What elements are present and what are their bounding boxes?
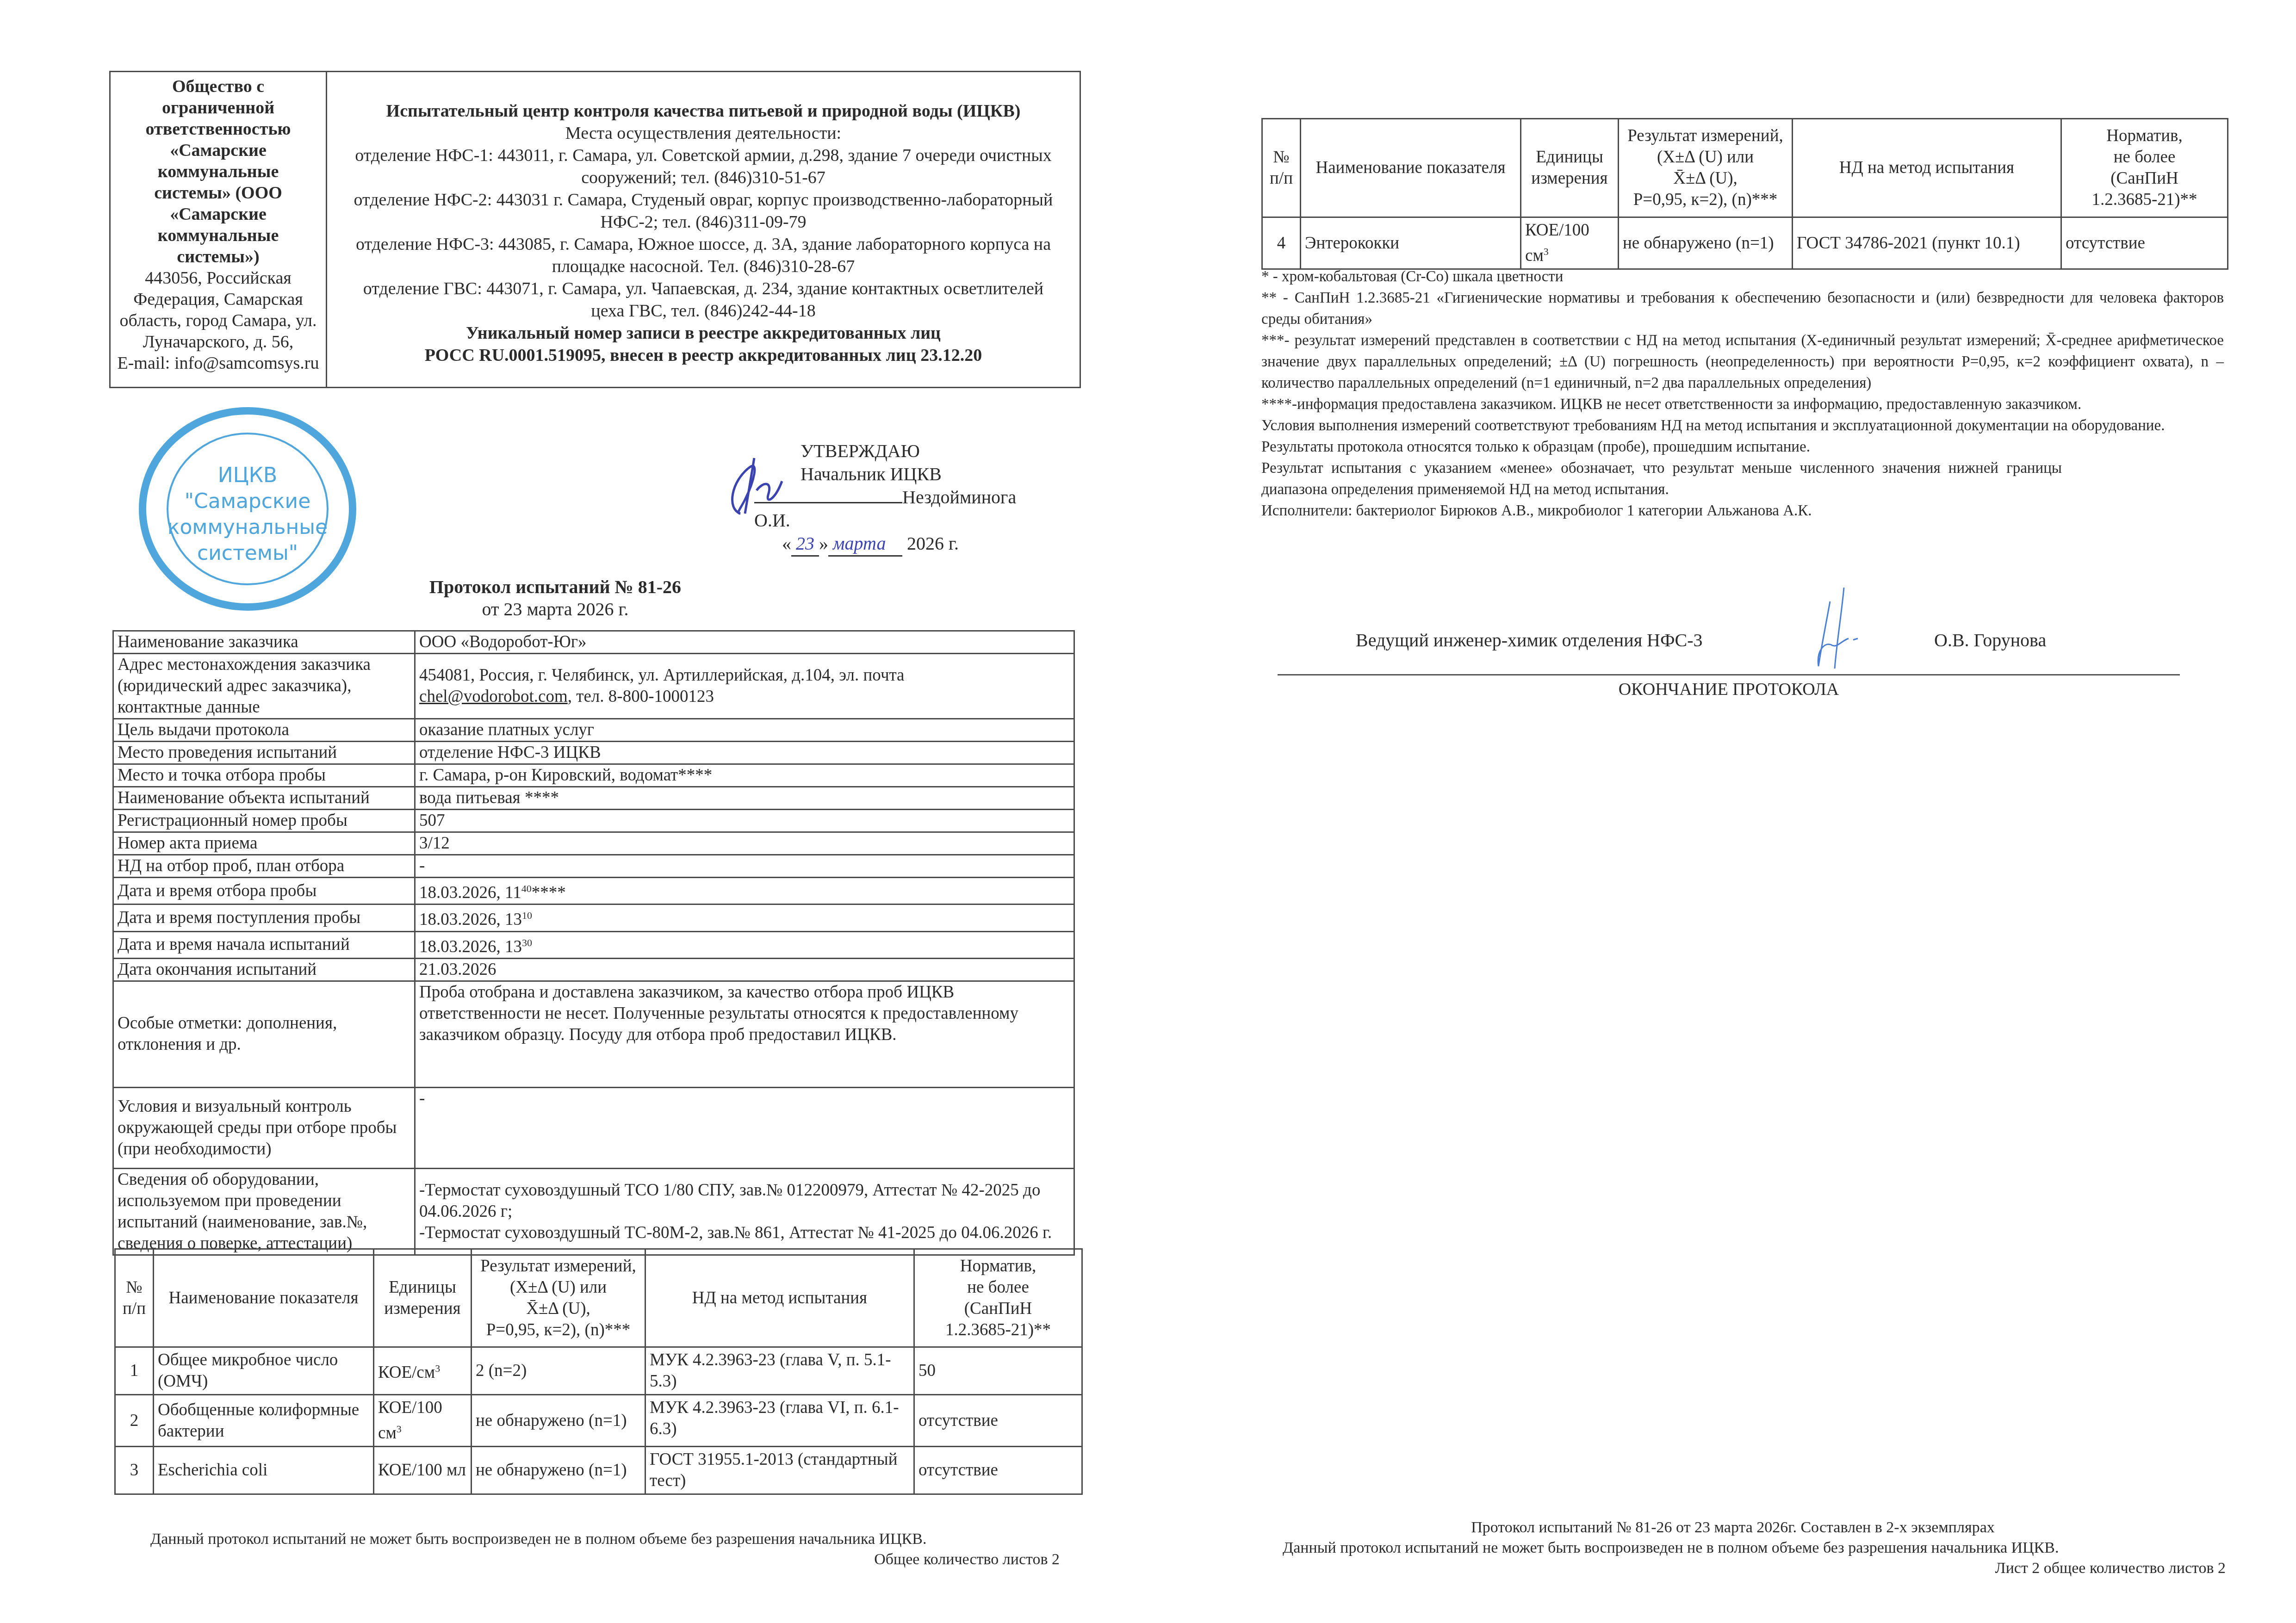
units-text: КОЕ/100 мл	[378, 1461, 466, 1480]
table-row: Особые отметки: дополнения, отклонения и…	[113, 981, 1074, 1087]
table-row: Дата и время отбора пробы18.03.2026, 114…	[113, 878, 1074, 904]
org-info: Общество с ограниченной ответственностью…	[111, 72, 327, 387]
info-value: 21.03.2026	[415, 958, 1074, 981]
table-row: 2 Обобщенные колиформные бактерии КОЕ/10…	[115, 1395, 1082, 1447]
table-row: Наименование объекта испытанийвода питье…	[113, 787, 1074, 810]
org-address-line: Луначарского, д. 56,	[111, 331, 326, 353]
table-row: Место проведения испытанийотделение НФС-…	[113, 742, 1074, 764]
col-num-header: № п/п	[115, 1249, 154, 1347]
note: Результат испытания с указанием «менее» …	[1261, 458, 2224, 500]
table-row: Номер акта приема3/12	[113, 832, 1074, 855]
approval-title: УТВЕРЖДАЮ	[754, 440, 1032, 463]
col-method-header: НД на метод испытания	[1793, 119, 2061, 217]
header-line: Норматив,	[2064, 125, 2225, 147]
info-value: ООО «Водоробот-Юг»	[415, 631, 1074, 654]
table-row: Условия и визуальный контроль окружающей…	[113, 1087, 1074, 1168]
result-value: не обнаружено (n=1)	[472, 1447, 645, 1494]
col-norm-header: Норматив, не более (СанПиН 1.2.3685-21)*…	[2061, 119, 2228, 217]
table-row: 1 Общее микробное число (ОМЧ) КОЕ/см3 2 …	[115, 1347, 1082, 1395]
info-value: 454081, Россия, г. Челябинск, ул. Артилл…	[415, 654, 1074, 719]
info-label: НД на отбор проб, план отбора	[113, 855, 415, 878]
units: КОЕ/100 мл	[374, 1447, 472, 1494]
info-label: Условия и визуальный контроль окружающей…	[113, 1087, 415, 1168]
info-value: оказание платных услуг	[415, 719, 1074, 742]
org-name-line: «Самарские	[111, 204, 326, 225]
result-value: 2 (n=2)	[472, 1347, 645, 1395]
header-line: (X±Δ (U) или	[474, 1277, 643, 1298]
protocol-heading: Протокол испытаний № 81-26 от 23 марта 2…	[324, 576, 787, 620]
performers: Исполнители: бактериолог Бирюков А.В., м…	[1261, 500, 2224, 521]
protocol-title: Протокол испытаний № 81-26	[324, 576, 787, 598]
info-label: Адрес местонахождения заказчика (юридиче…	[113, 654, 415, 719]
units-exp: 3	[435, 1363, 440, 1374]
info-label: Дата и время поступления пробы	[113, 904, 415, 931]
minutes: 30	[522, 937, 532, 948]
info-value: 18.03.2026, 1140****	[415, 878, 1074, 904]
engineer-signature-icon	[1805, 585, 1865, 669]
header-line: 1.2.3685-21)**	[917, 1319, 1080, 1341]
row-num: 2	[115, 1395, 154, 1447]
info-value: г. Самара, р-он Кировский, водомат****	[415, 764, 1074, 787]
row-num: 4	[1262, 217, 1301, 269]
info-label: Место и точка отбора пробы	[113, 764, 415, 787]
org-name-line: Общество с	[111, 76, 326, 97]
approval-block: УТВЕРЖДАЮ Начальник ИЦКВ Нездойминога О.…	[754, 440, 1032, 557]
table-row: Дата и время поступления пробы18.03.2026…	[113, 904, 1074, 931]
info-value: отделение НФС-3 ИЦКВ	[415, 742, 1074, 764]
stamp-text: ИЦКВ	[139, 463, 356, 489]
info-value: 3/12	[415, 832, 1074, 855]
location-gvs: отделение ГВС: 443071, г. Самара, ул. Ча…	[327, 278, 1080, 322]
date-quote: «	[782, 533, 791, 554]
header-line: не более	[2064, 147, 2225, 168]
page2-footer: Протокол испытаний № 81-26 от 23 марта 2…	[1277, 1518, 2244, 1579]
header-line: X̄±Δ (U),	[1621, 168, 1790, 189]
info-label: Наименование заказчика	[113, 631, 415, 654]
equipment-item: -Термостат суховоздушный ТС-80М-2, зав.№…	[419, 1222, 1070, 1244]
minutes: 40	[521, 883, 532, 894]
divider	[1278, 674, 2180, 675]
table-row: Наименование заказчикаООО «Водоробот-Юг»	[113, 631, 1074, 654]
table-row: Дата окончания испытаний21.03.2026	[113, 958, 1074, 981]
footnotes: * - хром-кобальтовая (Cr-Co) шкала цветн…	[1261, 266, 2224, 521]
protocol-reference: Протокол испытаний № 81-26 от 23 марта 2…	[1277, 1518, 2244, 1538]
units-exp: 3	[1544, 246, 1549, 257]
footnote: ***- результат измерений представлен в с…	[1261, 330, 2224, 394]
table-row: Сведения об оборудовании, используемом п…	[113, 1168, 1074, 1255]
org-name-line: ответственностью	[111, 118, 326, 140]
org-name-line: системы»)	[111, 246, 326, 267]
protocol-date: от 23 марта 2026 г.	[324, 598, 787, 620]
table-row: 3 Escherichia coli КОЕ/100 мл не обнаруж…	[115, 1447, 1082, 1494]
approval-name: Нездойминога О.И.	[754, 487, 1016, 531]
sheet-count: Лист 2 общее количество листов 2	[1277, 1558, 2244, 1579]
units: КОЕ/100 см3	[374, 1395, 472, 1447]
location-nfs3: отделение НФС-3: 443085, г. Самара, Южно…	[327, 233, 1080, 278]
header-line: 1.2.3685-21)**	[2064, 189, 2225, 211]
approval-day: 23	[791, 532, 819, 557]
header-line: P=0,95, к=2), (n)***	[1621, 189, 1790, 211]
approval-position: Начальник ИЦКВ	[754, 463, 1032, 486]
lab-title: Испытательный центр контроля качества пи…	[327, 100, 1080, 122]
org-name-line: «Самарские	[111, 140, 326, 161]
equipment-item: -Термостат суховоздушный ТСО 1/80 СПУ, з…	[419, 1180, 1070, 1222]
results-table: № п/п Наименование показателя Единицы из…	[114, 1248, 1083, 1495]
reproduction-disclaimer: Данный протокол испытаний не может быть …	[1277, 1538, 2244, 1558]
header-line: Результат измерений,	[1621, 125, 1790, 147]
org-name-line: коммунальные	[111, 225, 326, 246]
page1-footer: Данный протокол испытаний не может быть …	[116, 1529, 1087, 1570]
units-text: КОЕ/100 см	[1525, 221, 1589, 265]
sheet-count: Общее количество листов 2	[116, 1549, 1087, 1570]
info-label: Цель выдачи протокола	[113, 719, 415, 742]
info-label: Место проведения испытаний	[113, 742, 415, 764]
info-label: Сведения об оборудовании, используемом п…	[113, 1168, 415, 1255]
norm-value: отсутствие	[2061, 217, 2228, 269]
table-row: НД на отбор проб, план отбора-	[113, 855, 1074, 878]
info-label: Дата окончания испытаний	[113, 958, 415, 981]
table-row: Регистрационный номер пробы507	[113, 810, 1074, 832]
col-result-header: Результат измерений, (X±Δ (U) или X̄±Δ (…	[472, 1249, 645, 1347]
info-value: Проба отобрана и доставлена заказчиком, …	[415, 981, 1074, 1087]
info-value: 18.03.2026, 1310	[415, 904, 1074, 931]
stamp-text: системы"	[139, 540, 356, 566]
header-line: не более	[917, 1277, 1080, 1298]
table-row: Адрес местонахождения заказчика (юридиче…	[113, 654, 1074, 719]
table-row: Цель выдачи протоколаоказание платных ус…	[113, 719, 1074, 742]
header-line: P=0,95, к=2), (n)***	[474, 1319, 643, 1341]
col-name-header: Наименование показателя	[154, 1249, 374, 1347]
org-name-line: ограниченной	[111, 97, 326, 118]
indicator-name: Общее микробное число (ОМЧ)	[154, 1347, 374, 1395]
minutes: 10	[522, 910, 532, 921]
test-method: ГОСТ 34786-2021 (пункт 10.1)	[1793, 217, 2061, 269]
customer-email-link[interactable]: chel@vodorobot.com	[419, 687, 568, 706]
header-line: X̄±Δ (U),	[474, 1298, 643, 1319]
info-label: Номер акта приема	[113, 832, 415, 855]
org-email: E-mail: info@samcomsys.ru	[111, 353, 326, 374]
norm-value: отсутствие	[914, 1447, 1082, 1494]
datetime: 18.03.2026, 13	[419, 937, 522, 956]
datetime: 18.03.2026, 13	[419, 911, 522, 929]
result-value: не обнаружено (n=1)	[472, 1395, 645, 1447]
col-norm-header: Норматив, не более (СанПиН 1.2.3685-21)*…	[914, 1249, 1082, 1347]
units-text: КОЕ/см	[378, 1363, 435, 1382]
footnote-mark: ****	[532, 883, 566, 902]
end-of-protocol: ОКОНЧАНИЕ ПРОТОКОЛА	[1278, 679, 2180, 700]
info-value: -Термостат суховоздушный ТСО 1/80 СПУ, з…	[415, 1168, 1074, 1255]
indicator-name: Обобщенные колиформные бактерии	[154, 1395, 374, 1447]
table-row: Место и точка отбора пробыг. Самара, р-о…	[113, 764, 1074, 787]
date-quote: »	[819, 533, 828, 554]
col-units-header: Единицы измерения	[1521, 119, 1619, 217]
results-table-continued: № п/п Наименование показателя Единицы из…	[1261, 118, 2228, 270]
signer-position: Ведущий инженер-химик отделения НФС-3	[1356, 629, 1703, 651]
note: Условия выполнения измерений соответству…	[1261, 415, 2224, 436]
header-line: Норматив,	[917, 1256, 1080, 1277]
row-num: 1	[115, 1347, 154, 1395]
approval-month: марта	[828, 532, 902, 557]
org-address-line: Федерация, Самарская	[111, 289, 326, 310]
col-name-header: Наименование показателя	[1301, 119, 1521, 217]
signature-line	[754, 500, 902, 503]
header-line: (СанПиН	[2064, 168, 2225, 189]
header-line: (СанПиН	[917, 1298, 1080, 1319]
stamp-text: "Самарские	[139, 489, 356, 514]
units-exp: 3	[397, 1423, 402, 1435]
accreditation-number: РОСС RU.0001.519095, внесен в реестр акк…	[327, 344, 1080, 366]
table-header-row: № п/п Наименование показателя Единицы из…	[1262, 119, 2228, 217]
info-label: Регистрационный номер пробы	[113, 810, 415, 832]
info-label: Наименование объекта испытаний	[113, 787, 415, 810]
units: КОЕ/100 см3	[1521, 217, 1619, 269]
datetime: 18.03.2026, 11	[419, 883, 521, 902]
footnote: ** - СанПиН 1.2.3685-21 «Гигиенические н…	[1261, 287, 2224, 330]
units: КОЕ/см3	[374, 1347, 472, 1395]
location-nfs2: отделение НФС-2: 443031 г. Самара, Студе…	[327, 189, 1080, 233]
info-value: 507	[415, 810, 1074, 832]
info-value: -	[415, 1087, 1074, 1168]
org-address-line: область, город Самара, ул.	[111, 310, 326, 331]
row-num: 3	[115, 1447, 154, 1494]
locations-label: Места осуществления деятельности:	[327, 122, 1080, 144]
note: Результаты протокола относятся только к …	[1261, 436, 2224, 458]
norm-value: отсутствие	[914, 1395, 1082, 1447]
location-nfs1: отделение НФС-1: 443011, г. Самара, ул. …	[327, 144, 1080, 189]
approval-year: 2026 г.	[907, 533, 959, 554]
stamp-text: коммунальные	[139, 514, 356, 540]
accreditation-line: Уникальный номер записи в реестре аккред…	[327, 322, 1080, 344]
info-label: Дата и время отбора пробы	[113, 878, 415, 904]
col-num-header: № п/п	[1262, 119, 1301, 217]
col-units-header: Единицы измерения	[374, 1249, 472, 1347]
col-result-header: Результат измерений, (X±Δ (U) или X̄±Δ (…	[1619, 119, 1793, 217]
info-value: вода питьевая ****	[415, 787, 1074, 810]
info-value: 18.03.2026, 1330	[415, 931, 1074, 958]
indicator-name: Escherichia coli	[154, 1447, 374, 1494]
customer-phone: , тел. 8-800-1000123	[568, 687, 714, 706]
customer-address: 454081, Россия, г. Челябинск, ул. Артилл…	[419, 666, 905, 685]
info-label: Дата и время начала испытаний	[113, 931, 415, 958]
lab-info: Испытательный центр контроля качества пи…	[327, 72, 1080, 387]
org-name-line: системы» (ООО	[111, 182, 326, 204]
header-line: Результат измерений,	[474, 1256, 643, 1277]
table-header-row: № п/п Наименование показателя Единицы из…	[115, 1249, 1082, 1347]
test-method: ГОСТ 31955.1-2013 (стандартный тест)	[645, 1447, 914, 1494]
col-method-header: НД на метод испытания	[645, 1249, 914, 1347]
norm-value: 50	[914, 1347, 1082, 1395]
table-row: 4 Энтерококки КОЕ/100 см3 не обнаружено …	[1262, 217, 2228, 269]
info-value: -	[415, 855, 1074, 878]
units-text: КОЕ/100 см	[378, 1398, 442, 1443]
org-address-line: 443056, Российская	[111, 267, 326, 289]
test-method: МУК 4.2.3963-23 (глава VI, п. 6.1-6.3)	[645, 1395, 914, 1447]
info-label: Особые отметки: дополнения, отклонения и…	[113, 981, 415, 1087]
table-row: Дата и время начала испытаний18.03.2026,…	[113, 931, 1074, 958]
result-value: не обнаружено (n=1)	[1619, 217, 1793, 269]
sample-info-table: Наименование заказчикаООО «Водоробот-Юг»…	[112, 630, 1075, 1256]
test-method: МУК 4.2.3963-23 (глава V, п. 5.1-5.3)	[645, 1347, 914, 1395]
footnote: * - хром-кобальтовая (Cr-Co) шкала цветн…	[1261, 266, 2224, 287]
indicator-name: Энтерококки	[1301, 217, 1521, 269]
signer-name: О.В. Горунова	[1934, 629, 2046, 651]
letterhead: Общество с ограниченной ответственностью…	[109, 71, 1081, 388]
footnote: ****-информация предоставлена заказчиком…	[1261, 394, 2224, 415]
header-line: (X±Δ (U) или	[1621, 147, 1790, 168]
reproduction-disclaimer: Данный протокол испытаний не может быть …	[116, 1529, 1087, 1549]
org-name-line: коммунальные	[111, 161, 326, 182]
